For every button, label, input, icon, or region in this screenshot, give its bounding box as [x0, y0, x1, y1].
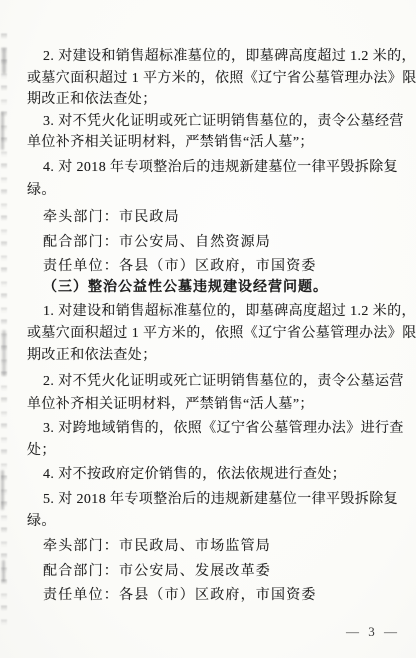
section-heading: （三）整治公益性公墓违规建设经营问题。	[43, 278, 328, 298]
coop-department-line: 配合部门：市公安局、发展改革委	[43, 562, 271, 582]
lead-department-line: 牵头部门：市民政局	[43, 208, 180, 228]
coop-department-line: 配合部门：市公安局、自然资源局	[43, 233, 271, 253]
text-line: 绿。	[27, 512, 56, 532]
text-line: 单位补齐相关证明材料，严禁销售“活人墓”；	[27, 395, 314, 415]
scan-smudge-mark	[2, 48, 6, 74]
text-line-item: 3. 对不凭火化证明或死亡证明销售墓位的，责令公墓经营	[43, 112, 404, 132]
page-number: — 3 —	[346, 624, 400, 640]
text-line: 期改正和依法查处；	[27, 90, 157, 110]
text-line-item: 2. 对不凭火化证明或死亡证明销售墓位的，责令公墓运营	[43, 372, 404, 392]
scan-smudge-mark	[2, 330, 6, 376]
text-line-item: 4. 对不按政府定价销售的，依法依规进行查处；	[43, 465, 346, 485]
scan-smudge-mark	[2, 560, 5, 582]
scan-smudge-mark	[1, 470, 4, 510]
text-line-item: 2. 对建设和销售超标准墓位的，即墓碑高度超过 1.2 米的，	[43, 47, 416, 67]
text-line: 处；	[27, 441, 56, 461]
scanned-document-page: 2. 对建设和销售超标准墓位的，即墓碑高度超过 1.2 米的， 或墓穴面积超过 …	[0, 0, 416, 658]
responsible-unit-line: 责任单位：各县（市）区政府，市国资委	[43, 586, 317, 606]
text-line-item: 5. 对 2018 年专项整治后的违规新建墓位一律平毁拆除复	[43, 490, 398, 510]
text-line: 期改正和依法查处；	[27, 346, 157, 366]
text-line-item: 4. 对 2018 年专项整治后的违规新建墓位一律平毁拆除复	[43, 158, 398, 178]
text-line-item: 3. 对跨地域销售的，依照《辽宁省公墓管理办法》进行查	[43, 419, 404, 439]
text-line: 单位补齐相关证明材料，严禁销售“活人墓”；	[27, 133, 314, 153]
text-line: 绿。	[27, 181, 56, 201]
scan-smudge-mark	[1, 112, 4, 150]
text-line-item: 1. 对建设和销售超标准墓位的，即墓碑高度超过 1.2 米的，	[43, 302, 416, 322]
responsible-unit-line: 责任单位：各县（市）区政府，市国资委	[43, 257, 317, 277]
lead-department-line: 牵头部门：市民政局、市场监管局	[43, 537, 271, 557]
text-line: 或墓穴面积超过 1 平方米的，依照《辽宁省公墓管理办法》限	[27, 324, 416, 344]
text-line: 或墓穴面积超过 1 平方米的，依照《辽宁省公墓管理办法》限	[27, 69, 416, 89]
